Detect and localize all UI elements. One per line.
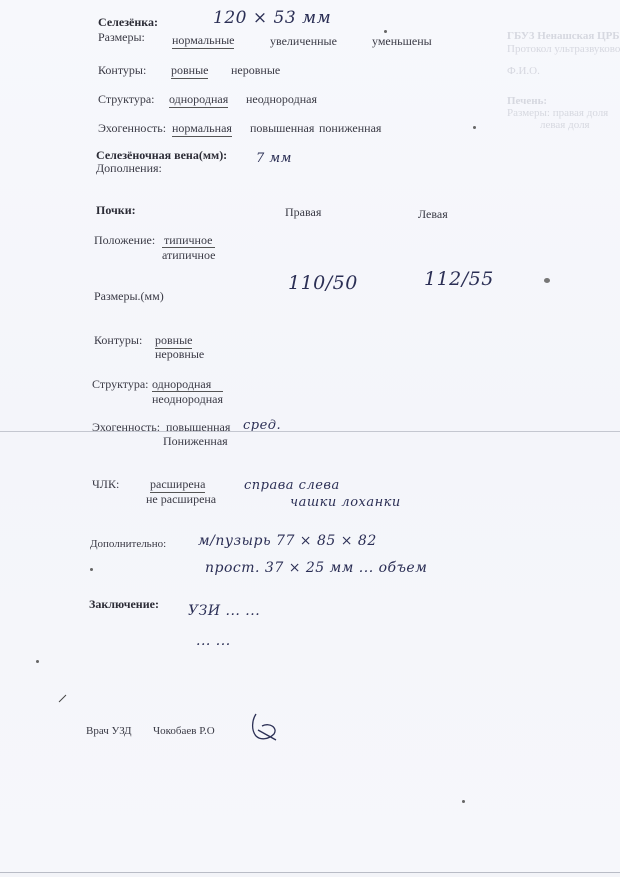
fold-crease (0, 431, 620, 432)
kidneys-clk-note-1: справа слева (244, 478, 340, 493)
bleed-through-text: левая доля (540, 119, 590, 131)
kidneys-structure-option-homogeneous: однородная (152, 377, 211, 392)
bleed-through-text: Печень: (507, 95, 547, 107)
kidneys-structure-option-heterogeneous: неоднородная (152, 391, 223, 407)
spleen-size-option-enlarged: увеличенные (270, 34, 337, 49)
kidneys-clk-label: ЧЛК: (92, 477, 119, 492)
conclusion-label: Заключение: (89, 597, 159, 612)
kidneys-col-right: Правая (285, 205, 321, 220)
kidneys-contour-label: Контуры: (94, 333, 142, 348)
kidneys-size-left: 112/55 (424, 268, 494, 290)
spleen-additions-label: Дополнения: (96, 161, 162, 176)
kidneys-echo-label: Эхогенность: (92, 420, 160, 435)
spleen-contour-option-uneven: неровные (231, 63, 280, 78)
kidneys-clk-note-2: чашки лоханки (290, 495, 401, 510)
kidneys-clk-option-dilated: расширена (150, 477, 205, 493)
kidneys-size-right: 110/50 (288, 272, 358, 294)
spleen-echo-option-increased: повышенная (250, 121, 314, 136)
bleed-through-text: Ф.И.О. (507, 65, 540, 77)
spleen-contour-option-even: ровные (171, 63, 208, 79)
scan-speck (384, 30, 387, 33)
spleen-title: Селезёнка: (98, 15, 158, 30)
conclusion-line-2: ... ... (196, 633, 231, 649)
kidneys-size-label: Размеры.(мм) (94, 289, 164, 304)
spleen-vein-value: 7 мм (256, 151, 292, 166)
additional-line-1: м/пузырь 77 × 85 × 82 (198, 533, 377, 549)
spleen-echo-option-decreased: пониженная (319, 121, 381, 136)
additional-label: Дополнительно: (90, 538, 166, 550)
bleed-through-text: Протокол ультразвукового (507, 43, 620, 55)
spleen-structure-option-homogeneous: однородная (169, 92, 228, 108)
signature-role: Врач УЗД (86, 725, 132, 737)
bleed-through-text: Размеры: правая доля (507, 107, 608, 119)
spleen-structure-option-heterogeneous: неоднородная (246, 92, 317, 107)
kidneys-position-option-atypical: атипичное (162, 247, 215, 263)
spleen-echo-label: Эхогенность: (98, 121, 166, 136)
kidneys-position-option-typical: типичное (164, 233, 212, 248)
kidneys-echo-option-decreased: Пониженная (163, 434, 228, 449)
conclusion-line-1: УЗИ ... ... (188, 603, 260, 619)
spleen-structure-label: Структура: (98, 92, 155, 107)
scan-speck (473, 126, 476, 129)
scan-speck (90, 568, 93, 571)
spleen-echo-option-normal: нормальная (172, 121, 232, 137)
spleen-size-option-reduced: уменьшены (372, 34, 432, 49)
signature-name: Чокобаев Р.О (153, 725, 215, 737)
spleen-size-label: Размеры: (98, 30, 145, 45)
scanned-document-page: ГБУ3 Ненашская ЦРБ Протокол ультразвуков… (0, 0, 620, 873)
additional-line-2: прост. 37 × 25 мм ... объем (205, 560, 427, 576)
kidneys-echo-option-increased: повышенная (166, 420, 230, 435)
spleen-size-handwritten: 120 × 53 мм (213, 8, 331, 28)
kidneys-position-label: Положение: (94, 233, 155, 248)
scan-speck (36, 660, 39, 663)
kidneys-structure-label: Структура: (92, 377, 149, 392)
spleen-size-option-normal: нормальные (172, 33, 234, 49)
kidneys-col-left: Левая (418, 207, 448, 222)
kidneys-title: Почки: (96, 203, 136, 218)
scan-speck (462, 800, 465, 803)
scan-speck (544, 278, 550, 283)
bleed-through-text: ГБУ3 Ненашская ЦРБ (507, 30, 620, 42)
kidneys-contour-option-uneven: неровные (155, 347, 204, 362)
signature-mark-icon (248, 710, 280, 746)
stray-pen-mark-icon (58, 693, 68, 703)
spleen-contour-label: Контуры: (98, 63, 146, 78)
kidneys-clk-option-not-dilated: не расширена (146, 492, 216, 507)
